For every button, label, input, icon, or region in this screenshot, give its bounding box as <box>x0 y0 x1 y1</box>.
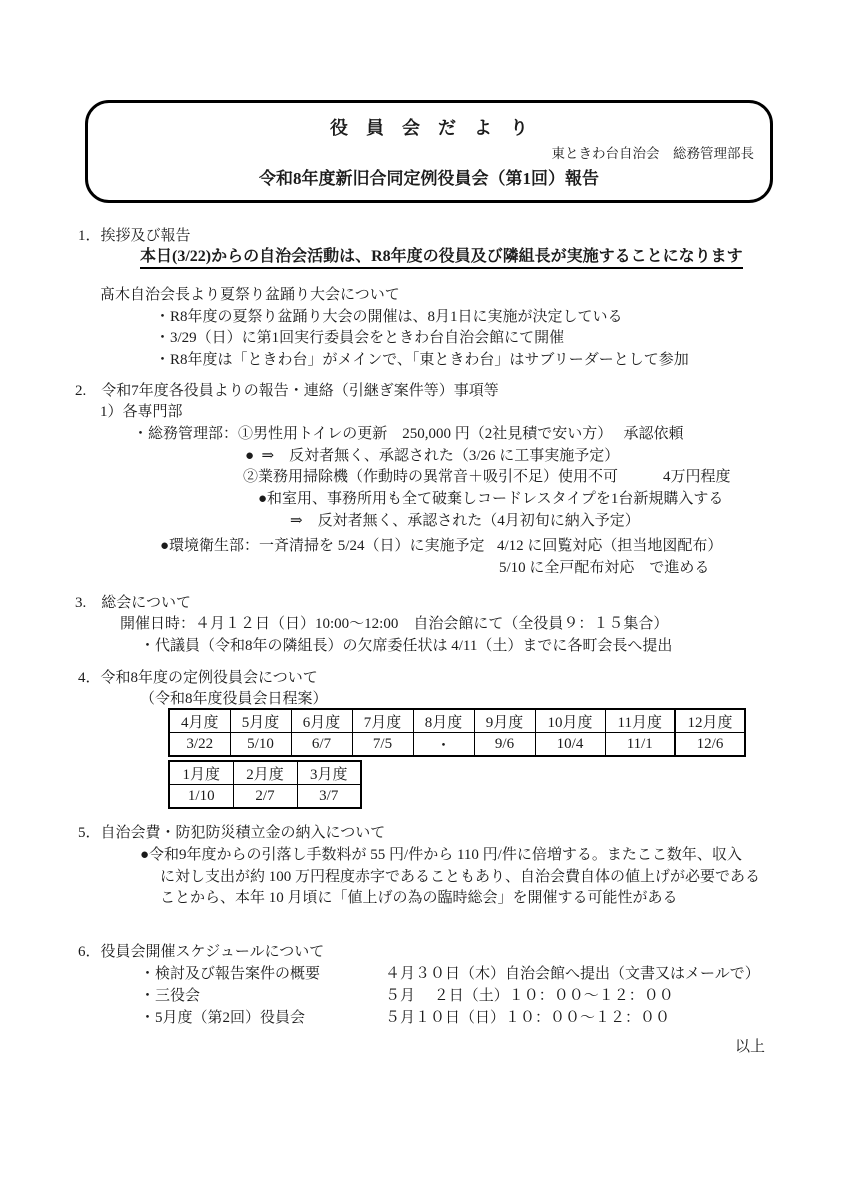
fee-line-1: ●令和9年度からの引落し手数料が 55 円/件から 110 円/件に倍増する。ま… <box>140 846 742 865</box>
dept-subheader: 1）各専門部 <box>100 403 183 422</box>
meeting-date: 2/7 <box>233 785 297 809</box>
meeting-date: 11/1 <box>605 733 675 757</box>
schedule-caption: （令和8年度役員会日程案） <box>140 690 328 709</box>
schedule-item-label-1: ・検討及び報告案件の概要 <box>140 965 320 984</box>
festival-bullet-1: ・R8年度の夏祭り盆踊り大会の開催は、8月1日に実施が決定している <box>155 308 623 327</box>
month-header: 4月度 <box>169 709 230 733</box>
festival-bullet-2: ・3/29（日）に第1回実行委員会をときわ台自治会館にて開催 <box>155 329 564 348</box>
closing-word: 以上 <box>735 1038 765 1057</box>
month-header: 10月度 <box>535 709 605 733</box>
org-signature: 東ときわ台自治会 総務管理部長 <box>88 142 770 162</box>
month-header: 11月度 <box>605 709 675 733</box>
section-3-title: 3. 総会について <box>75 594 191 613</box>
meeting-schedule-table-main: 4月度 5月度 6月度 7月度 8月度 9月度 10月度 11月度 12月度 3… <box>168 708 746 757</box>
somu-line-3: ②業務用掃除機（作動時の異常音＋吸引不足）使用不可 4万円程度 <box>243 468 731 487</box>
month-header: 8月度 <box>413 709 474 733</box>
table-row: 1/10 2/7 3/7 <box>169 785 361 809</box>
month-header: 5月度 <box>230 709 291 733</box>
schedule-item-value-3: ５月１０日（日）１０：００～１２：００ <box>385 1009 670 1028</box>
festival-intro: 髙木自治会長より夏祭り盆踊り大会について <box>100 286 400 305</box>
newsletter-title: 役 員 会 だ よ り <box>88 114 770 140</box>
meeting-schedule-table-q4: 1月度 2月度 3月度 1/10 2/7 3/7 <box>168 760 362 809</box>
meeting-date: 9/6 <box>474 733 535 757</box>
somu-line-2: ● ⇒ 反対者無く、承認された（3/26 に工事実施予定） <box>245 447 619 466</box>
section-4-title: 4．令和8年度の定例役員会について <box>78 669 318 688</box>
kankyo-right-2: 5/10 に全戸配布対応 で進める <box>499 559 709 578</box>
month-header: 2月度 <box>233 761 297 785</box>
meeting-date: 3/22 <box>169 733 230 757</box>
section-1-title: 1．挨拶及び報告 <box>78 227 191 246</box>
section-1-highlight: 本日(3/22)からの自治会活動は、R8年度の役員及び隣組長が実施することになり… <box>140 247 743 269</box>
month-header: 12月度 <box>675 709 745 733</box>
fee-line-2: に対し支出が約 100 万円程度赤字であることもあり、自治会費自体の値上げが必要… <box>160 868 760 887</box>
sokai-proxy-note: ・代議員（令和8年の隣組長）の欠席委任状は 4/11（土）までに各町会長へ提出 <box>140 637 672 656</box>
meeting-date: 12/6 <box>675 733 745 757</box>
kankyo-right-1: 4/12 に回覧対応（担当地図配布） <box>497 537 722 556</box>
schedule-item-value-1: ４月３０日（木）自治会館へ提出（文書又はメールで） <box>385 965 760 984</box>
meeting-date: 10/4 <box>535 733 605 757</box>
somu-line-5: ⇒ 反対者無く、承認された（4月初旬に納入予定） <box>290 512 640 531</box>
somu-line-4: ●和室用、事務所用も全て破棄しコードレスタイプを1台新規購入する <box>258 490 723 509</box>
schedule-item-value-2: ５月 ２日（土）１０：００～１２：００ <box>385 987 674 1006</box>
report-title: 令和8年度新旧合同定例役員会（第1回）報告 <box>88 164 770 189</box>
section-5-title: 5．自治会費・防犯防災積立金の納入について <box>78 824 385 843</box>
meeting-date: 1/10 <box>169 785 233 809</box>
meeting-date: 5/10 <box>230 733 291 757</box>
meeting-date: ・ <box>413 733 474 757</box>
festival-bullet-3: ・R8年度は「ときわ台」がメインで、「東ときわ台」はサブリーダーとして参加 <box>155 351 689 370</box>
section-2-title: 2. 令和7年度各役員よりの報告・連絡（引継ぎ案件等）事項等 <box>75 382 499 401</box>
month-header: 7月度 <box>352 709 413 733</box>
table-row: 1月度 2月度 3月度 <box>169 761 361 785</box>
kankyo-main: ●環境衛生部：一斉清掃を 5/24（日）に実施予定 <box>160 537 484 556</box>
schedule-item-label-2: ・三役会 <box>140 987 200 1006</box>
month-header: 9月度 <box>474 709 535 733</box>
somu-line-1: ・総務管理部：①男性用トイレの更新 250,000 円（2社見積で安い方） 承認… <box>133 425 684 444</box>
meeting-date: 6/7 <box>291 733 352 757</box>
month-header: 3月度 <box>297 761 361 785</box>
meeting-date: 7/5 <box>352 733 413 757</box>
sokai-datetime: 開催日時：４月１２日（日）10:00～12:00 自治会館にて（全役員９：１５集… <box>120 615 668 634</box>
table-row: 4月度 5月度 6月度 7月度 8月度 9月度 10月度 11月度 12月度 <box>169 709 745 733</box>
meeting-date: 3/7 <box>297 785 361 809</box>
month-header: 1月度 <box>169 761 233 785</box>
table-row: 3/22 5/10 6/7 7/5 ・ 9/6 10/4 11/1 12/6 <box>169 733 745 757</box>
month-header: 6月度 <box>291 709 352 733</box>
header-box: 役 員 会 だ よ り 東ときわ台自治会 総務管理部長 令和8年度新旧合同定例役… <box>85 100 773 203</box>
fee-line-3: ことから、本年 10 月頃に「値上げの為の臨時総会」を開催する可能性がある <box>160 889 678 908</box>
schedule-item-label-3: ・5月度（第2回）役員会 <box>140 1009 305 1028</box>
section-6-title: 6．役員会開催スケジュールについて <box>78 943 324 962</box>
document-page: 役 員 会 だ よ り 東ときわ台自治会 総務管理部長 令和8年度新旧合同定例役… <box>0 0 848 1200</box>
